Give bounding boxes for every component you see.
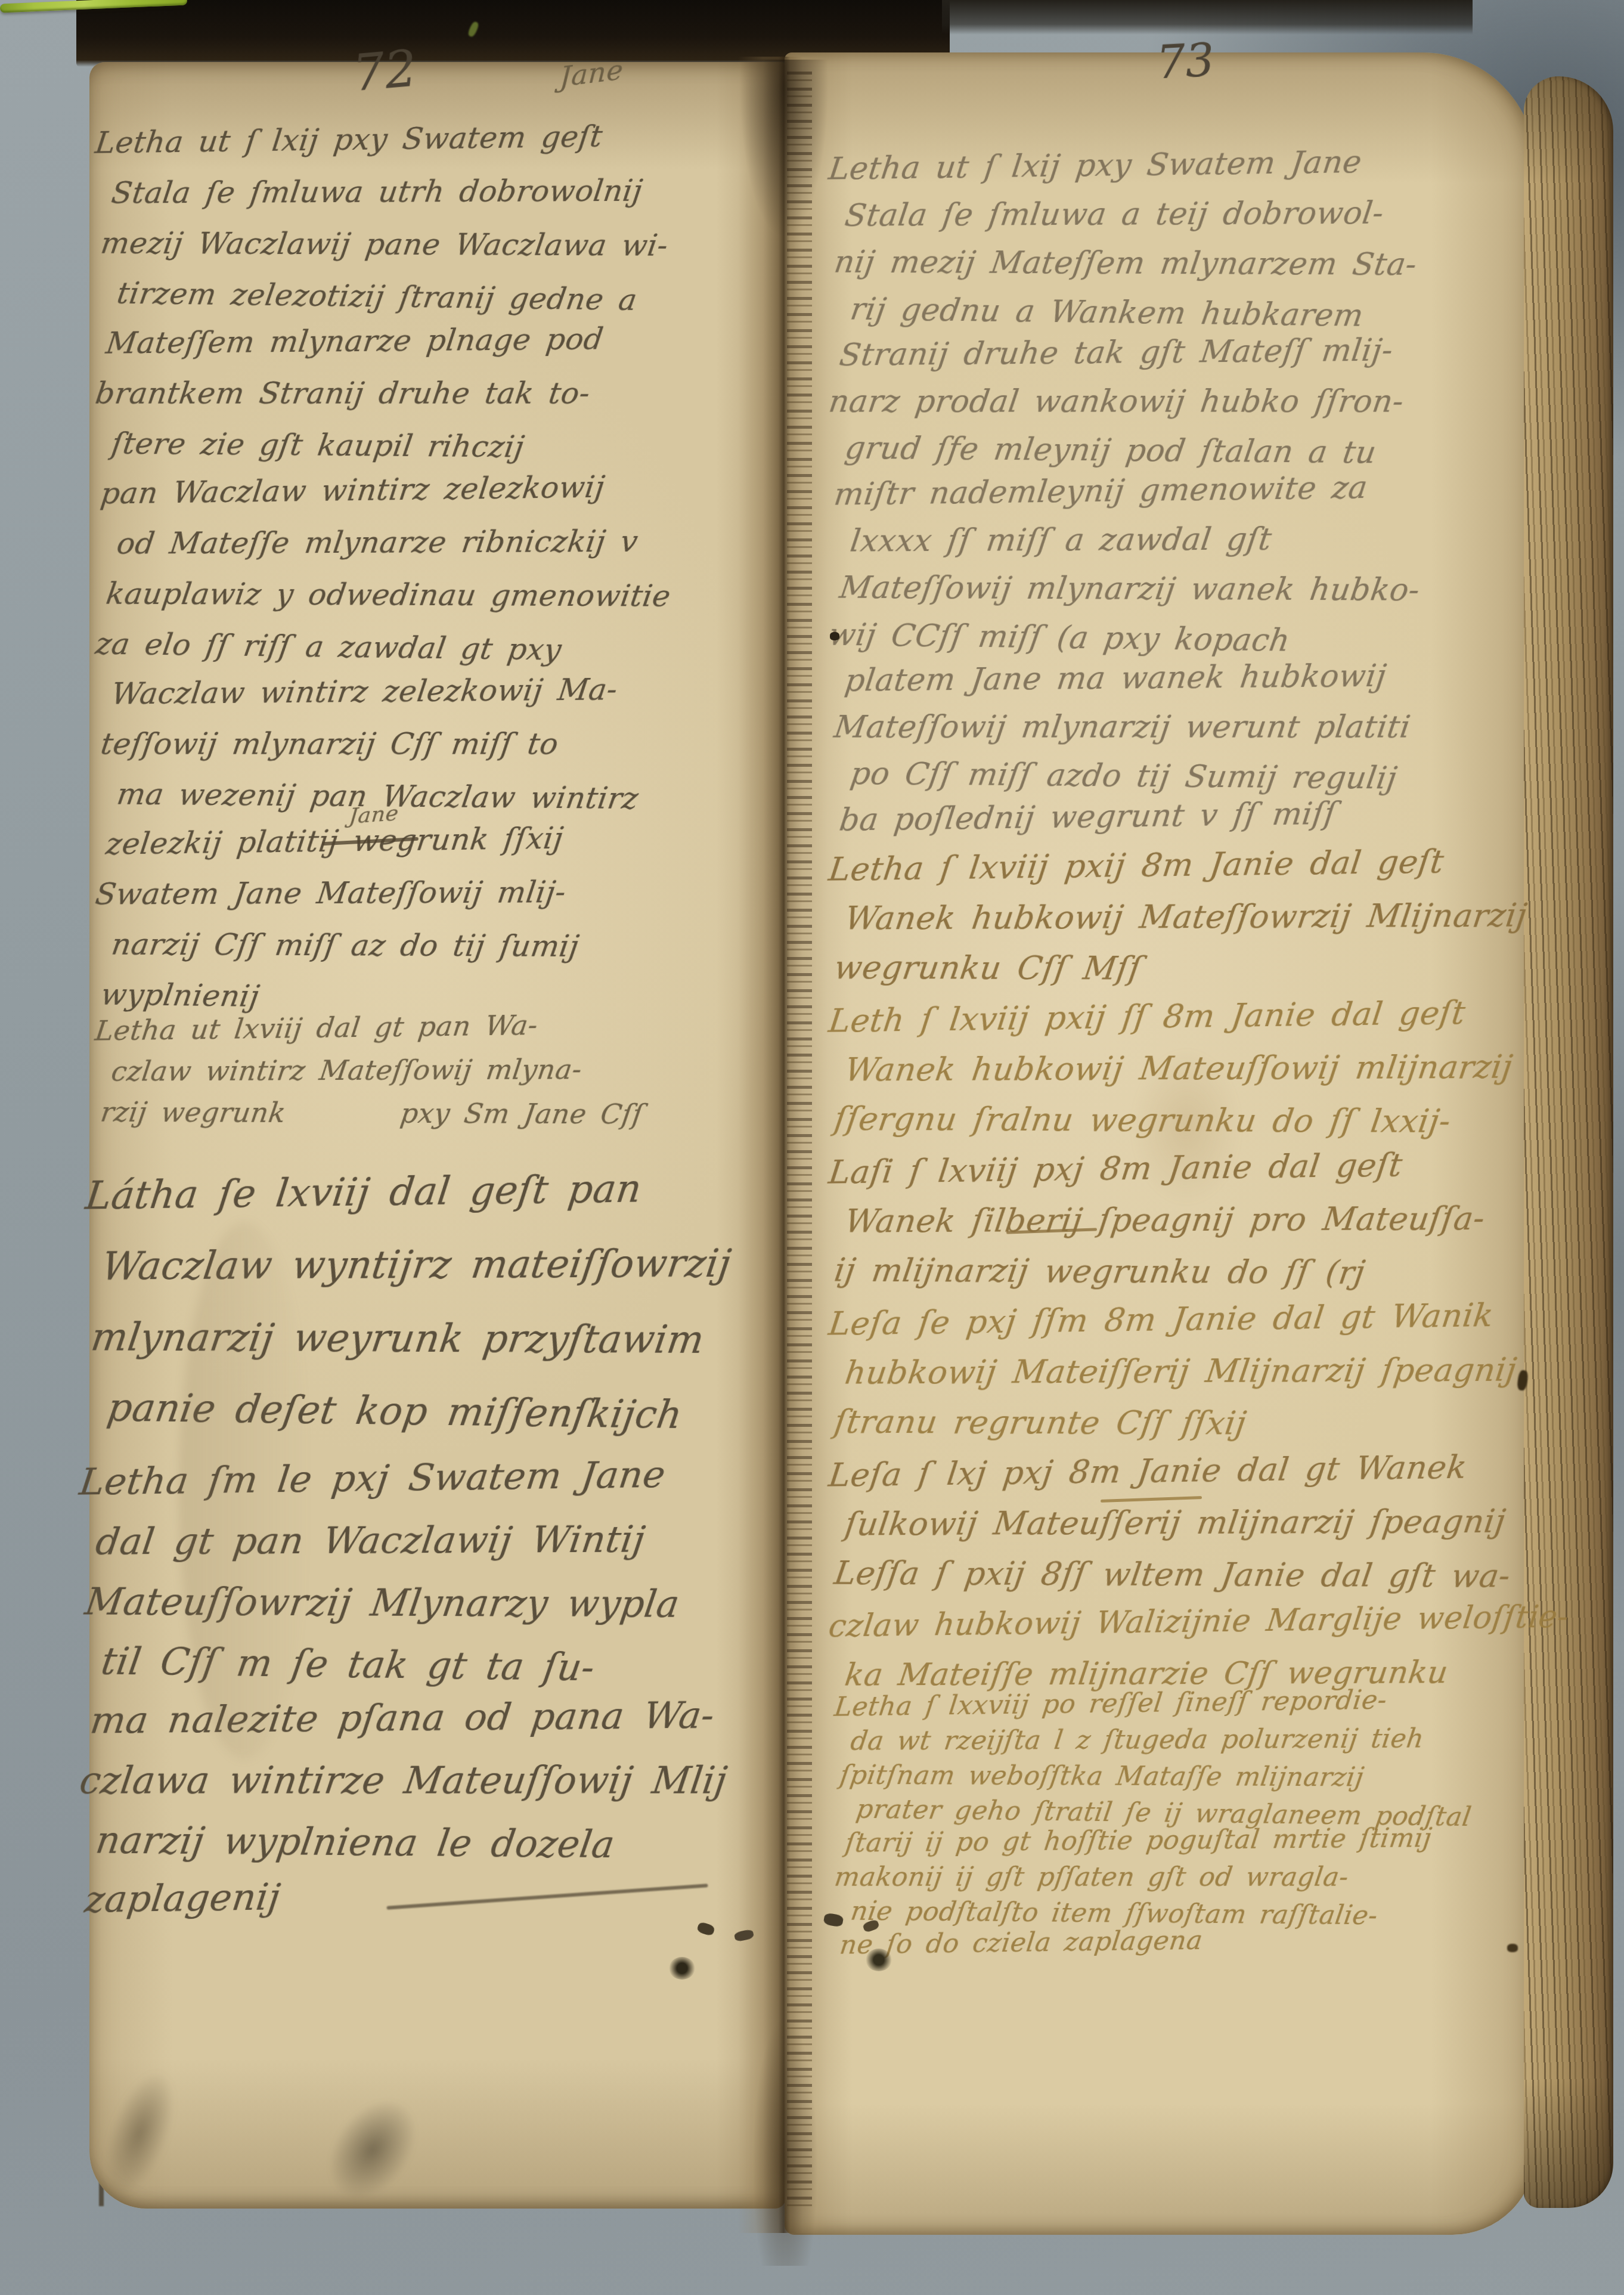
handwriting-line: Wanek ſilberij ſpeagnij pro Mateuſſa-: [843, 1203, 1487, 1238]
handwriting-line: po Cſſ miſſ azdo tij Sumij regulij: [848, 758, 1399, 794]
handwriting-line: Waczlaw wyntijrz mateiſſowrzij: [100, 1245, 733, 1286]
handwriting-line: Mateſſowij mlynarzij werunt platiti: [832, 712, 1412, 743]
handwriting-line: czlawa wintirze Mateuſſowij Mlij: [78, 1762, 729, 1799]
paper-stain: [179, 1222, 310, 1759]
handwriting-line: Stala ſe ſmluwa utrh dobrowolnij: [110, 176, 644, 208]
handwriting-line: mezij Waczlawij pane Waczlawa wi-: [99, 228, 670, 261]
handwriting-line: Letha ſ lxviij pxij 8m Janie dal geſt: [827, 846, 1446, 886]
handwriting-line: wegrunku Cſſ Mſſ: [832, 952, 1143, 985]
paper-stain: [1133, 1049, 1240, 1204]
handwriting-line: rzij wegrunk pxy Sm Jane Cſſ: [99, 1098, 645, 1128]
handwriting-line: Mateuſſowrzij Mlynarzy wypla: [83, 1583, 682, 1622]
handwriting-line: od Mateſſe mlynarze ribniczkij v: [115, 526, 640, 559]
handwriting-line: ſpitſnam weboſſtka Mataſſe mlijnarzij: [838, 1763, 1365, 1791]
handwriting-line: Mateſſem mlynarze plnage pod: [104, 324, 605, 358]
manuscript-photo: { "document": { "kind": "handwritten man…: [0, 0, 1624, 2295]
handwriting-line: ſulkowij Mateuſſerij mlijnarzij ſpeagnij: [843, 1506, 1508, 1541]
handwriting-line: platem Jane ma wanek hubkowij: [843, 661, 1389, 696]
handwriting-line: nie podſtalſto item ſſwoſtam raſſtalie-: [849, 1898, 1380, 1929]
gutter-speckles: [787, 72, 812, 2206]
handwriting-line: grud ſfe mleynij pod ſtalan a tu: [843, 433, 1378, 469]
handwriting-line: lxxxx ſſ miſſ a zawdal gſt: [848, 524, 1273, 557]
handwriting-line: ma wezenij pan Waczlaw wintirz: [115, 779, 640, 814]
handwriting-line: za elo ſſ riſſ a zawdal gt pxy: [94, 629, 563, 665]
page-number-left: 72: [351, 39, 419, 103]
handwriting-line: hubkowij Mateiſſerij Mlijnarzij ſpeagnij: [843, 1354, 1518, 1389]
handwriting-line: narzij wyplniena le dozela: [94, 1822, 617, 1863]
handwriting-line: mlynarzij weyrunk przyſtawim: [89, 1318, 706, 1359]
handwriting-line: ij mlijnarzij wegrunku do ſſ (rj: [832, 1255, 1367, 1289]
handwriting-line: brantkem Stranij druhe tak to-: [94, 379, 592, 408]
handwriting-line: da wt rzeijſta l z ſtugeda polurzenij ti…: [849, 1726, 1425, 1755]
handwriting-line: pan Waczlaw wintirz zelezkowij: [99, 472, 606, 509]
handwriting-line: Letha ut ſ lxij pxy Swatem geſt: [94, 122, 605, 158]
catchword: Jane: [559, 56, 624, 91]
book-spine-top-edge-thin: [942, 0, 1473, 35]
handwriting-line: ſtranu regrunte Cſſ ſſxij: [832, 1406, 1248, 1440]
handwriting-line: Leth ſ lxviij pxij ſſ 8m Janie dal geſt: [827, 997, 1467, 1037]
handwriting-line: Stala ſe ſmluwa a teij dobrowol-: [843, 198, 1386, 231]
gutter-bottom-shadow: [752, 2015, 818, 2266]
handwriting-line: narzij Cſſ miſſ az do tij ſumij: [110, 930, 581, 961]
handwriting-line: Mateſſowij mlynarzij wanek hubko-: [838, 572, 1422, 606]
handwriting-line: narz prodal wankowij hubko ſſron-: [827, 386, 1406, 417]
handwriting-line: Leſa ſe pxj ſſm 8m Janie dal gt Wanik: [827, 1299, 1495, 1340]
handwriting-line: Letha ut lxviij dal gt pan Wa-: [94, 1011, 540, 1045]
handwriting-line: wyplnienij: [99, 980, 262, 1011]
handwriting-line: tirzem zelezotizij ſtranij gedne a: [115, 278, 639, 315]
handwriting-line: ſtarij ij po gt hoſſtie poguſtal mrtie ſ…: [844, 1825, 1433, 1857]
handwriting-line: ne ſo do cziela zaplagena: [838, 1928, 1204, 1959]
handwriting-line: Letha ſ lxxviij po reſſel ſineſſ repordi…: [833, 1687, 1389, 1721]
handwriting-line: Swatem Jane Mateſſowij mlij-: [94, 878, 568, 909]
gutter-top-shadow: [739, 60, 829, 239]
handwriting-line: ſtere zie gſt kaupil rihczij: [110, 429, 526, 462]
handwriting-line: zaplagenij: [83, 1879, 283, 1918]
handwriting-line: Leſſa ſ pxij 8ſſ wltem Janie dal gſt wa-: [832, 1557, 1513, 1593]
handwriting-line: kauplawiz y odwedinau gmenowitie: [104, 579, 672, 611]
handwriting-line: Letha ſm le pxj Swatem Jane: [78, 1456, 668, 1501]
handwriting-line: Látha ſe lxviij dal geſt pan: [83, 1170, 644, 1216]
ink-speck: [830, 632, 839, 640]
handwriting-line: nij mezij Mateſſem mlynarzem Sta-: [832, 247, 1419, 280]
handwriting-line: rij gednu a Wankem hubkarem: [848, 293, 1366, 331]
handwriting-line: Laſi ſ lxviij pxj 8m Janie dal geſt: [827, 1149, 1404, 1189]
fore-edge-right: [1524, 76, 1613, 2208]
handwriting-line: miſtr nademleynij gmenowite za: [832, 472, 1369, 510]
handwriting-line: czlaw hubkowij Walizijnie Marglije weloſ…: [827, 1602, 1570, 1642]
handwriting-line: Waczlaw wintirz zelezkowij Ma-: [110, 675, 619, 709]
handwriting-line: til Cſſ m ſe tak gt ta ſu-: [99, 1643, 597, 1686]
ink-speck: [1507, 1944, 1518, 1952]
sewing-hole: [669, 1957, 695, 1980]
handwriting-line: teſſowij mlynarzij Cſſ miſſ to: [99, 729, 560, 759]
handwriting-line: wij CCſſ miſſ (a pxy kopach: [827, 619, 1292, 656]
handwriting-line: Letha ut ſ lxij pxy Swatem Jane: [827, 147, 1363, 185]
handwriting-line: czlaw wintirz Mateſſowij mlyna-: [110, 1056, 584, 1085]
page-number-right: 73: [1155, 33, 1216, 89]
handwriting-line: ma nalezite pſana od pana Wa-: [88, 1697, 717, 1739]
handwriting-line: dal gt pan Waczlawij Wintij: [94, 1521, 647, 1560]
handwriting-line: ba poſlednij wegrunt v ſſ miſſ: [838, 798, 1338, 836]
handwriting-line: Stranij druhe tak gſt Mateſſ mlij-: [838, 335, 1395, 371]
gutter: [738, 57, 828, 2233]
handwriting-line: Leſa ſ lxj pxj 8m Janie dal gt Wanek: [827, 1451, 1468, 1492]
handwriting-line: Wanek hubkowij Mateſſowrzij Mlijnarzij: [843, 900, 1529, 935]
sewing-hole: [866, 1949, 892, 1971]
handwriting-line: makonij ij gſt pſſaten gſt od wragla-: [833, 1865, 1350, 1891]
